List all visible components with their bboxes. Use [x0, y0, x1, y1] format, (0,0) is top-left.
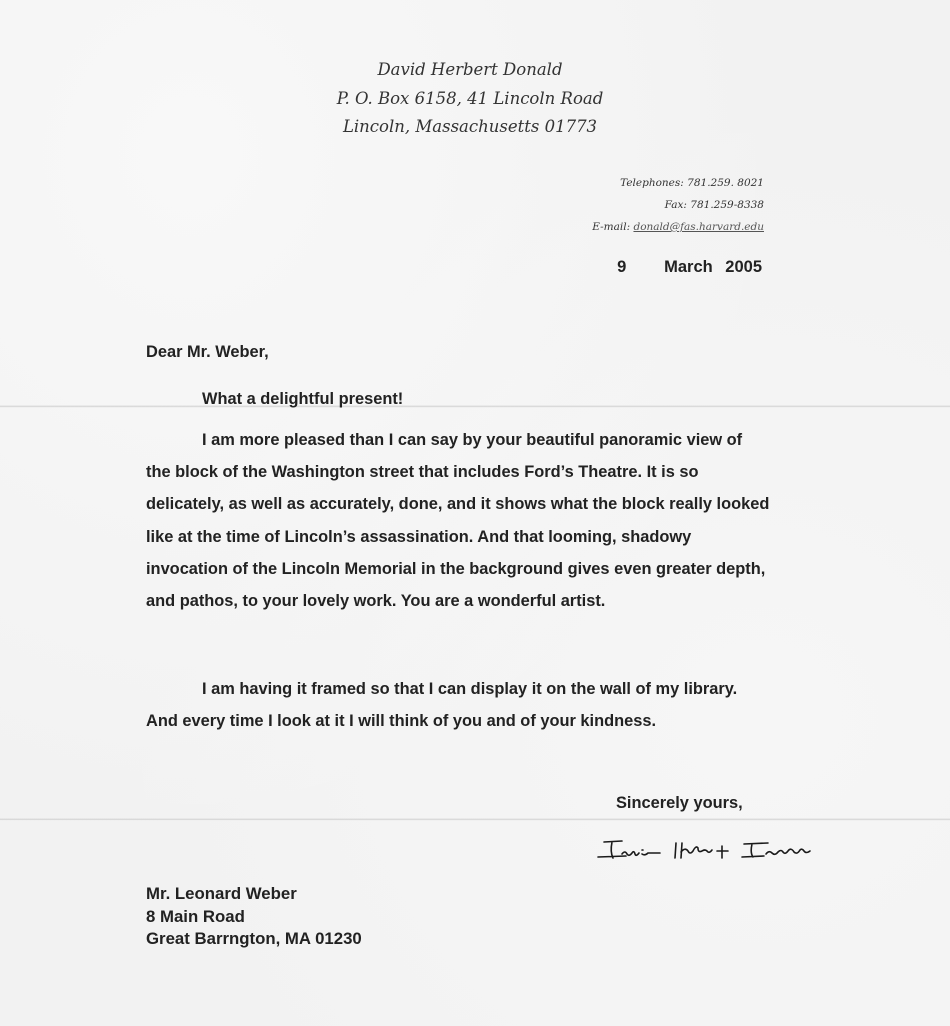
paragraph-text: I am more pleased than I can say by your… [146, 431, 769, 610]
email-address: donald@fas.harvard.edu [633, 221, 764, 233]
letter-date: 9 March 2005 [617, 258, 762, 277]
letterhead-address-line2: Lincoln, Massachusetts 01773 [0, 113, 950, 142]
telephone-label: Telephones: [620, 177, 684, 189]
email-label: E-mail: [592, 221, 630, 233]
paragraph-text: I am having it framed so that I can disp… [146, 680, 737, 730]
fax-label: Fax: [665, 199, 687, 211]
fax-number: 781.259-8338 [690, 199, 764, 211]
paragraph-text: What a delightful present! [202, 390, 403, 408]
email-line: E-mail: donald@fas.harvard.edu [592, 216, 764, 238]
letterhead-address-line1: P. O. Box 6158, 41 Lincoln Road [0, 85, 950, 114]
recipient-city: Great Barrngton, MA 01230 [146, 928, 362, 951]
letter-page: David Herbert Donald P. O. Box 6158, 41 … [0, 0, 950, 1026]
letterhead: David Herbert Donald P. O. Box 6158, 41 … [0, 56, 950, 142]
salutation: Dear Mr. Weber, [146, 343, 269, 362]
fax-line: Fax: 781.259-8338 [592, 194, 764, 216]
closing: Sincerely yours, [616, 794, 743, 813]
signature [592, 832, 862, 866]
telephone-line: Telephones: 781.259. 8021 [592, 172, 764, 194]
recipient-street: 8 Main Road [146, 906, 362, 929]
paragraph: I am more pleased than I can say by your… [146, 424, 771, 617]
telephone-number: 781.259. 8021 [687, 177, 764, 189]
recipient-address: Mr. Leonard Weber 8 Main Road Great Barr… [146, 883, 362, 951]
letterhead-name: David Herbert Donald [0, 56, 950, 85]
paper-fold-line [0, 818, 950, 821]
paragraph: I am having it framed so that I can disp… [146, 673, 771, 737]
contact-block: Telephones: 781.259. 8021 Fax: 781.259-8… [592, 172, 764, 238]
signature-icon [592, 832, 862, 866]
paragraph: What a delightful present! [146, 383, 771, 415]
recipient-name: Mr. Leonard Weber [146, 883, 362, 906]
